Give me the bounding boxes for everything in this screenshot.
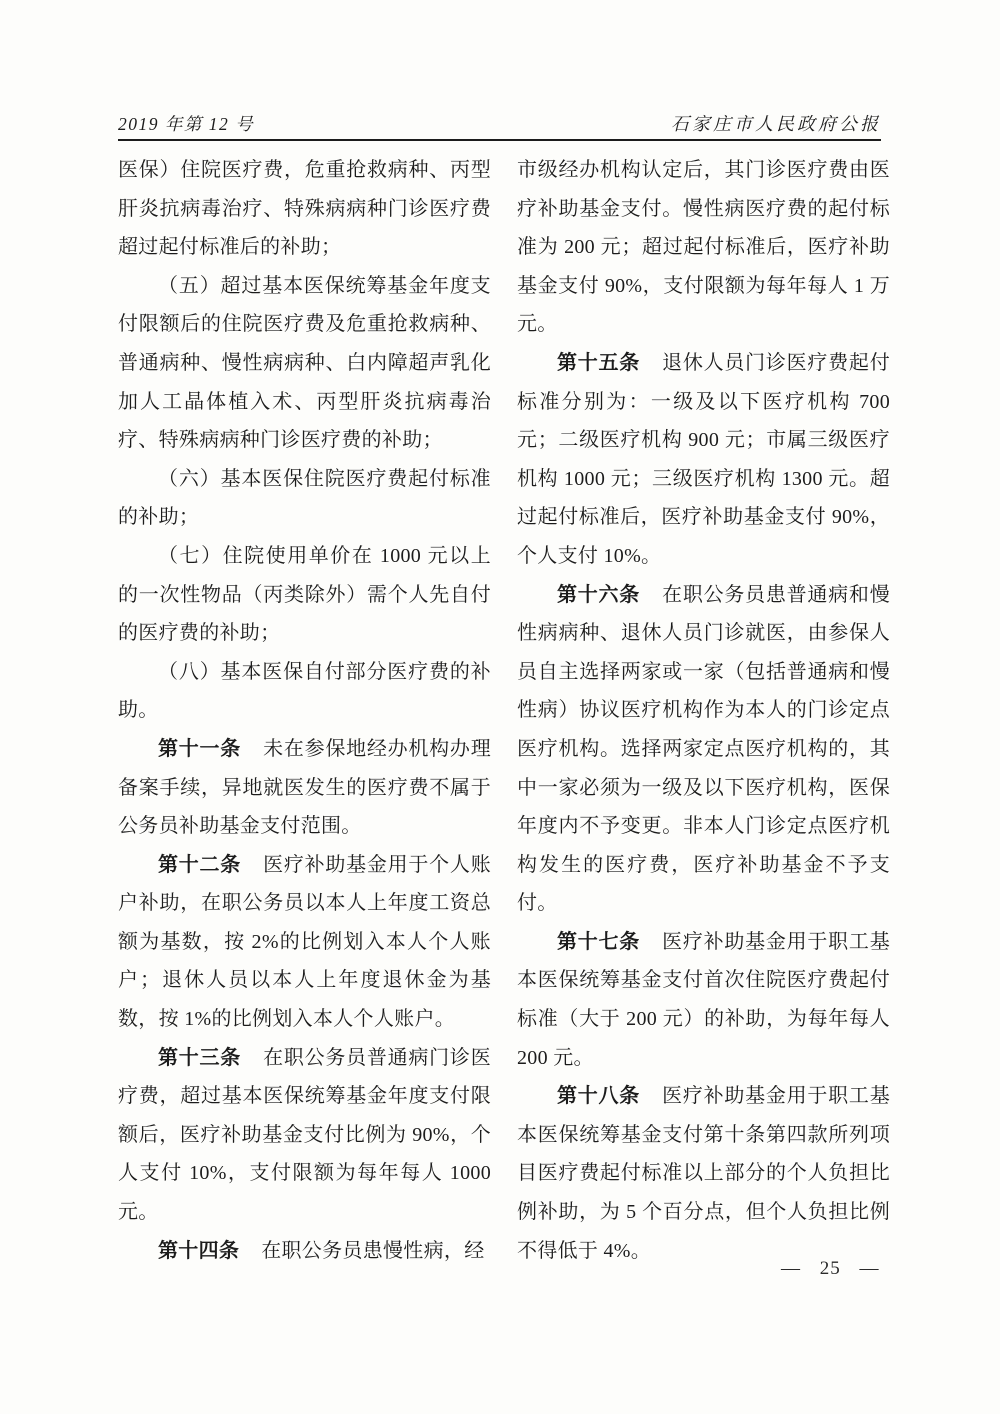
article-number: 第十三条 — [158, 1047, 241, 1069]
publication-title: 石家庄市人民政府公报 — [671, 110, 881, 136]
paragraph: 第十四条在职公务员患慢性病，经 — [118, 1232, 491, 1271]
paragraph-text: （五）超过基本医保统筹基金年度支付限额后的住院医疗费及危重抢救病种、普通病种、慢… — [118, 275, 491, 451]
article-number: 第十七条 — [557, 931, 640, 953]
article-number: 第十二条 — [158, 854, 241, 876]
paragraph-text: 在职公务员患慢性病，经 — [261, 1240, 484, 1262]
article-number: 第十五条 — [557, 352, 640, 374]
left-column: 医保）住院医疗费，危重抢救病种、丙型肝炎抗病毒治疗、特殊病病种门诊医疗费超过起付… — [118, 151, 491, 1270]
paragraph: 市级经办机构认定后，其门诊医疗费由医疗补助基金支付。慢性病医疗费的起付标准为 2… — [517, 151, 890, 344]
paragraph-text: 医疗补助基金用于职工基本医保统筹基金支付第十条第四款所列项目医疗费起付标准以上部… — [517, 1085, 890, 1261]
paragraph: 第十六条在职公务员患普通病和慢性病病种、退休人员门诊就医，由参保人员自主选择两家… — [517, 576, 890, 923]
article-number: 第十一条 — [158, 738, 241, 760]
page-number: — 25 — — [781, 1258, 880, 1280]
paragraph: 第十八条医疗补助基金用于职工基本医保统筹基金支付第十条第四款所列项目医疗费起付标… — [517, 1077, 890, 1270]
paragraph-text: （八）基本医保自付部分医疗费的补助。 — [118, 661, 491, 722]
gazette-page: 2019 年第 12 号 石家庄市人民政府公报 医保）住院医疗费，危重抢救病种、… — [0, 0, 1000, 1414]
paragraph-text: （七）住院使用单价在 1000 元以上的一次性物品（丙类除外）需个人先自付的医疗… — [118, 545, 491, 644]
article-number: 第十四条 — [158, 1240, 239, 1262]
paragraph-text: 市级经办机构认定后，其门诊医疗费由医疗补助基金支付。慢性病医疗费的起付标准为 2… — [517, 159, 890, 335]
paragraph-text: 在职公务员普通病门诊医疗费，超过基本医保统筹基金年度支付限额后，医疗补助基金支付… — [118, 1047, 491, 1223]
paragraph-text: 医保）住院医疗费，危重抢救病种、丙型肝炎抗病毒治疗、特殊病病种门诊医疗费超过起付… — [118, 159, 491, 258]
paragraph: （五）超过基本医保统筹基金年度支付限额后的住院医疗费及危重抢救病种、普通病种、慢… — [118, 267, 491, 460]
paragraph: （六）基本医保住院医疗费起付标准的补助； — [118, 460, 491, 537]
paragraph-text: （六）基本医保住院医疗费起付标准的补助； — [118, 468, 491, 529]
header-rule — [118, 139, 881, 141]
page-header: 2019 年第 12 号 石家庄市人民政府公报 — [118, 110, 881, 136]
paragraph: 第十五条退休人员门诊医疗费起付标准分别为：一级及以下医疗机构 700 元；二级医… — [517, 344, 890, 576]
paragraph: 第十七条医疗补助基金用于职工基本医保统筹基金支付首次住院医疗费起付标准（大于 2… — [517, 923, 890, 1077]
paragraph: 第十三条在职公务员普通病门诊医疗费，超过基本医保统筹基金年度支付限额后，医疗补助… — [118, 1039, 491, 1232]
paragraph: 医保）住院医疗费，危重抢救病种、丙型肝炎抗病毒治疗、特殊病病种门诊医疗费超过起付… — [118, 151, 491, 267]
paragraph-text: 在职公务员患普通病和慢性病病种、退休人员门诊就医，由参保人员自主选择两家或一家（… — [517, 584, 890, 915]
paragraph: 第十二条医疗补助基金用于个人账户补助，在职公务员以本人上年度工资总额为基数，按 … — [118, 846, 491, 1039]
paragraph: （八）基本医保自付部分医疗费的补助。 — [118, 653, 491, 730]
right-column: 市级经办机构认定后，其门诊医疗费由医疗补助基金支付。慢性病医疗费的起付标准为 2… — [517, 151, 890, 1270]
article-number: 第十八条 — [557, 1085, 640, 1107]
paragraph-text: 退休人员门诊医疗费起付标准分别为：一级及以下医疗机构 700 元；二级医疗机构 … — [517, 352, 890, 567]
issue-number: 2019 年第 12 号 — [118, 111, 254, 136]
paragraph: （七）住院使用单价在 1000 元以上的一次性物品（丙类除外）需个人先自付的医疗… — [118, 537, 491, 653]
paragraph-text: 医疗补助基金用于个人账户补助，在职公务员以本人上年度工资总额为基数，按 2%的比… — [118, 854, 491, 1030]
article-number: 第十六条 — [557, 584, 640, 606]
paragraph: 第十一条未在参保地经办机构办理备案手续，异地就医发生的医疗费不属于公务员补助基金… — [118, 730, 491, 846]
